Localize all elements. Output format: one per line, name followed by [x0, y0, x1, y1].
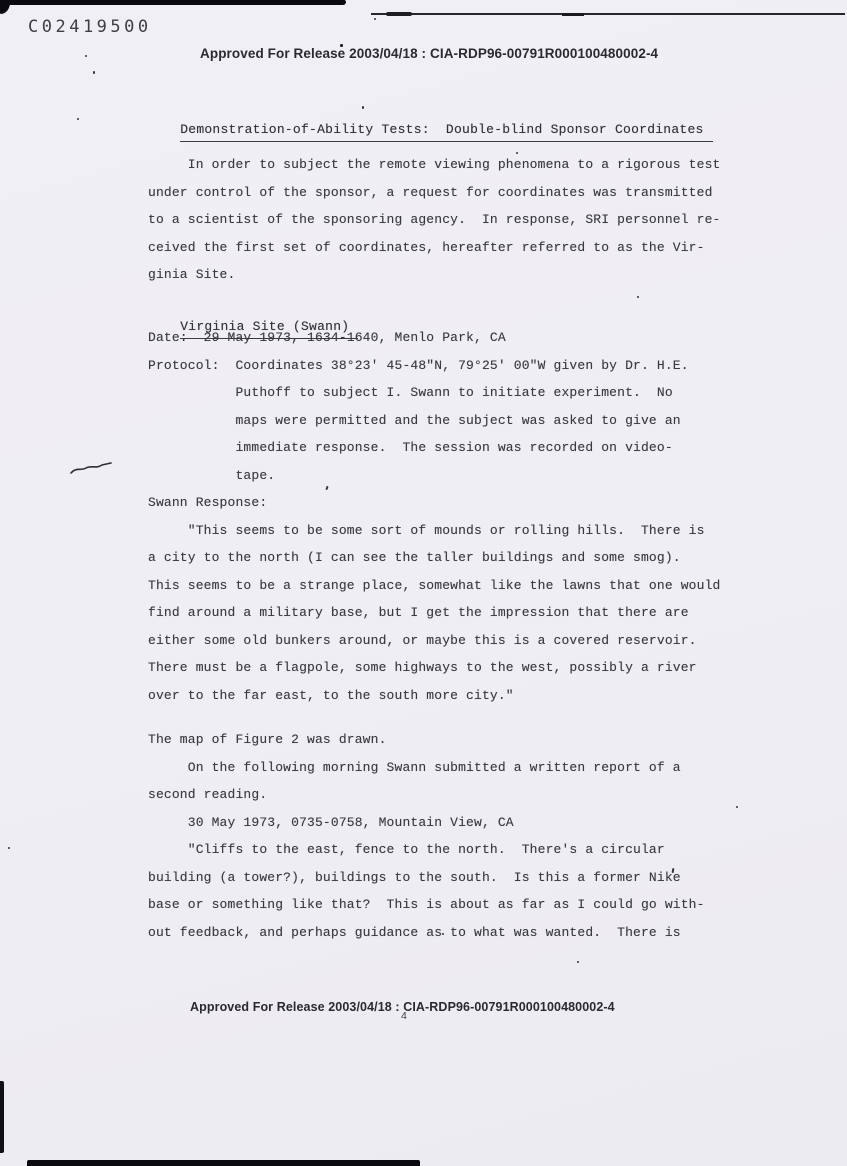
scan-artifact-bottom-bar — [27, 1160, 420, 1166]
second-reading-paragraphs: The map of Figure 2 was drawn. On the fo… — [148, 726, 705, 946]
page-number: 4 — [401, 1010, 407, 1022]
scan-artifact-top-line-blob — [386, 12, 412, 16]
toner-speck — [637, 296, 639, 298]
scanned-document-page: C02419500 Approved For Release 2003/04/1… — [0, 0, 847, 1166]
pen-squiggle-mark — [68, 456, 114, 480]
toner-speck — [577, 961, 579, 963]
document-title-text: Demonstration-of-Ability Tests: Double-b… — [180, 122, 712, 142]
toner-speck — [85, 55, 87, 57]
scan-artifact-top-line — [371, 13, 845, 15]
release-header: Approved For Release 2003/04/18 : CIA-RD… — [200, 46, 658, 61]
scan-artifact-top-bar — [9, 0, 346, 5]
toner-speck — [736, 806, 738, 808]
scan-artifact-left-strip — [0, 1081, 4, 1153]
toner-speck — [8, 847, 10, 849]
site-protocol-and-response: Date: 29 May 1973, 1634-1640, Menlo Park… — [148, 324, 721, 709]
intro-paragraph: In order to subject the remote viewing p… — [148, 151, 721, 289]
toner-speck — [93, 71, 95, 74]
toner-speck — [374, 18, 376, 20]
scan-artifact-top-line-dash — [562, 13, 584, 16]
document-number-stamp: C02419500 — [28, 17, 152, 37]
toner-speck — [77, 118, 79, 120]
